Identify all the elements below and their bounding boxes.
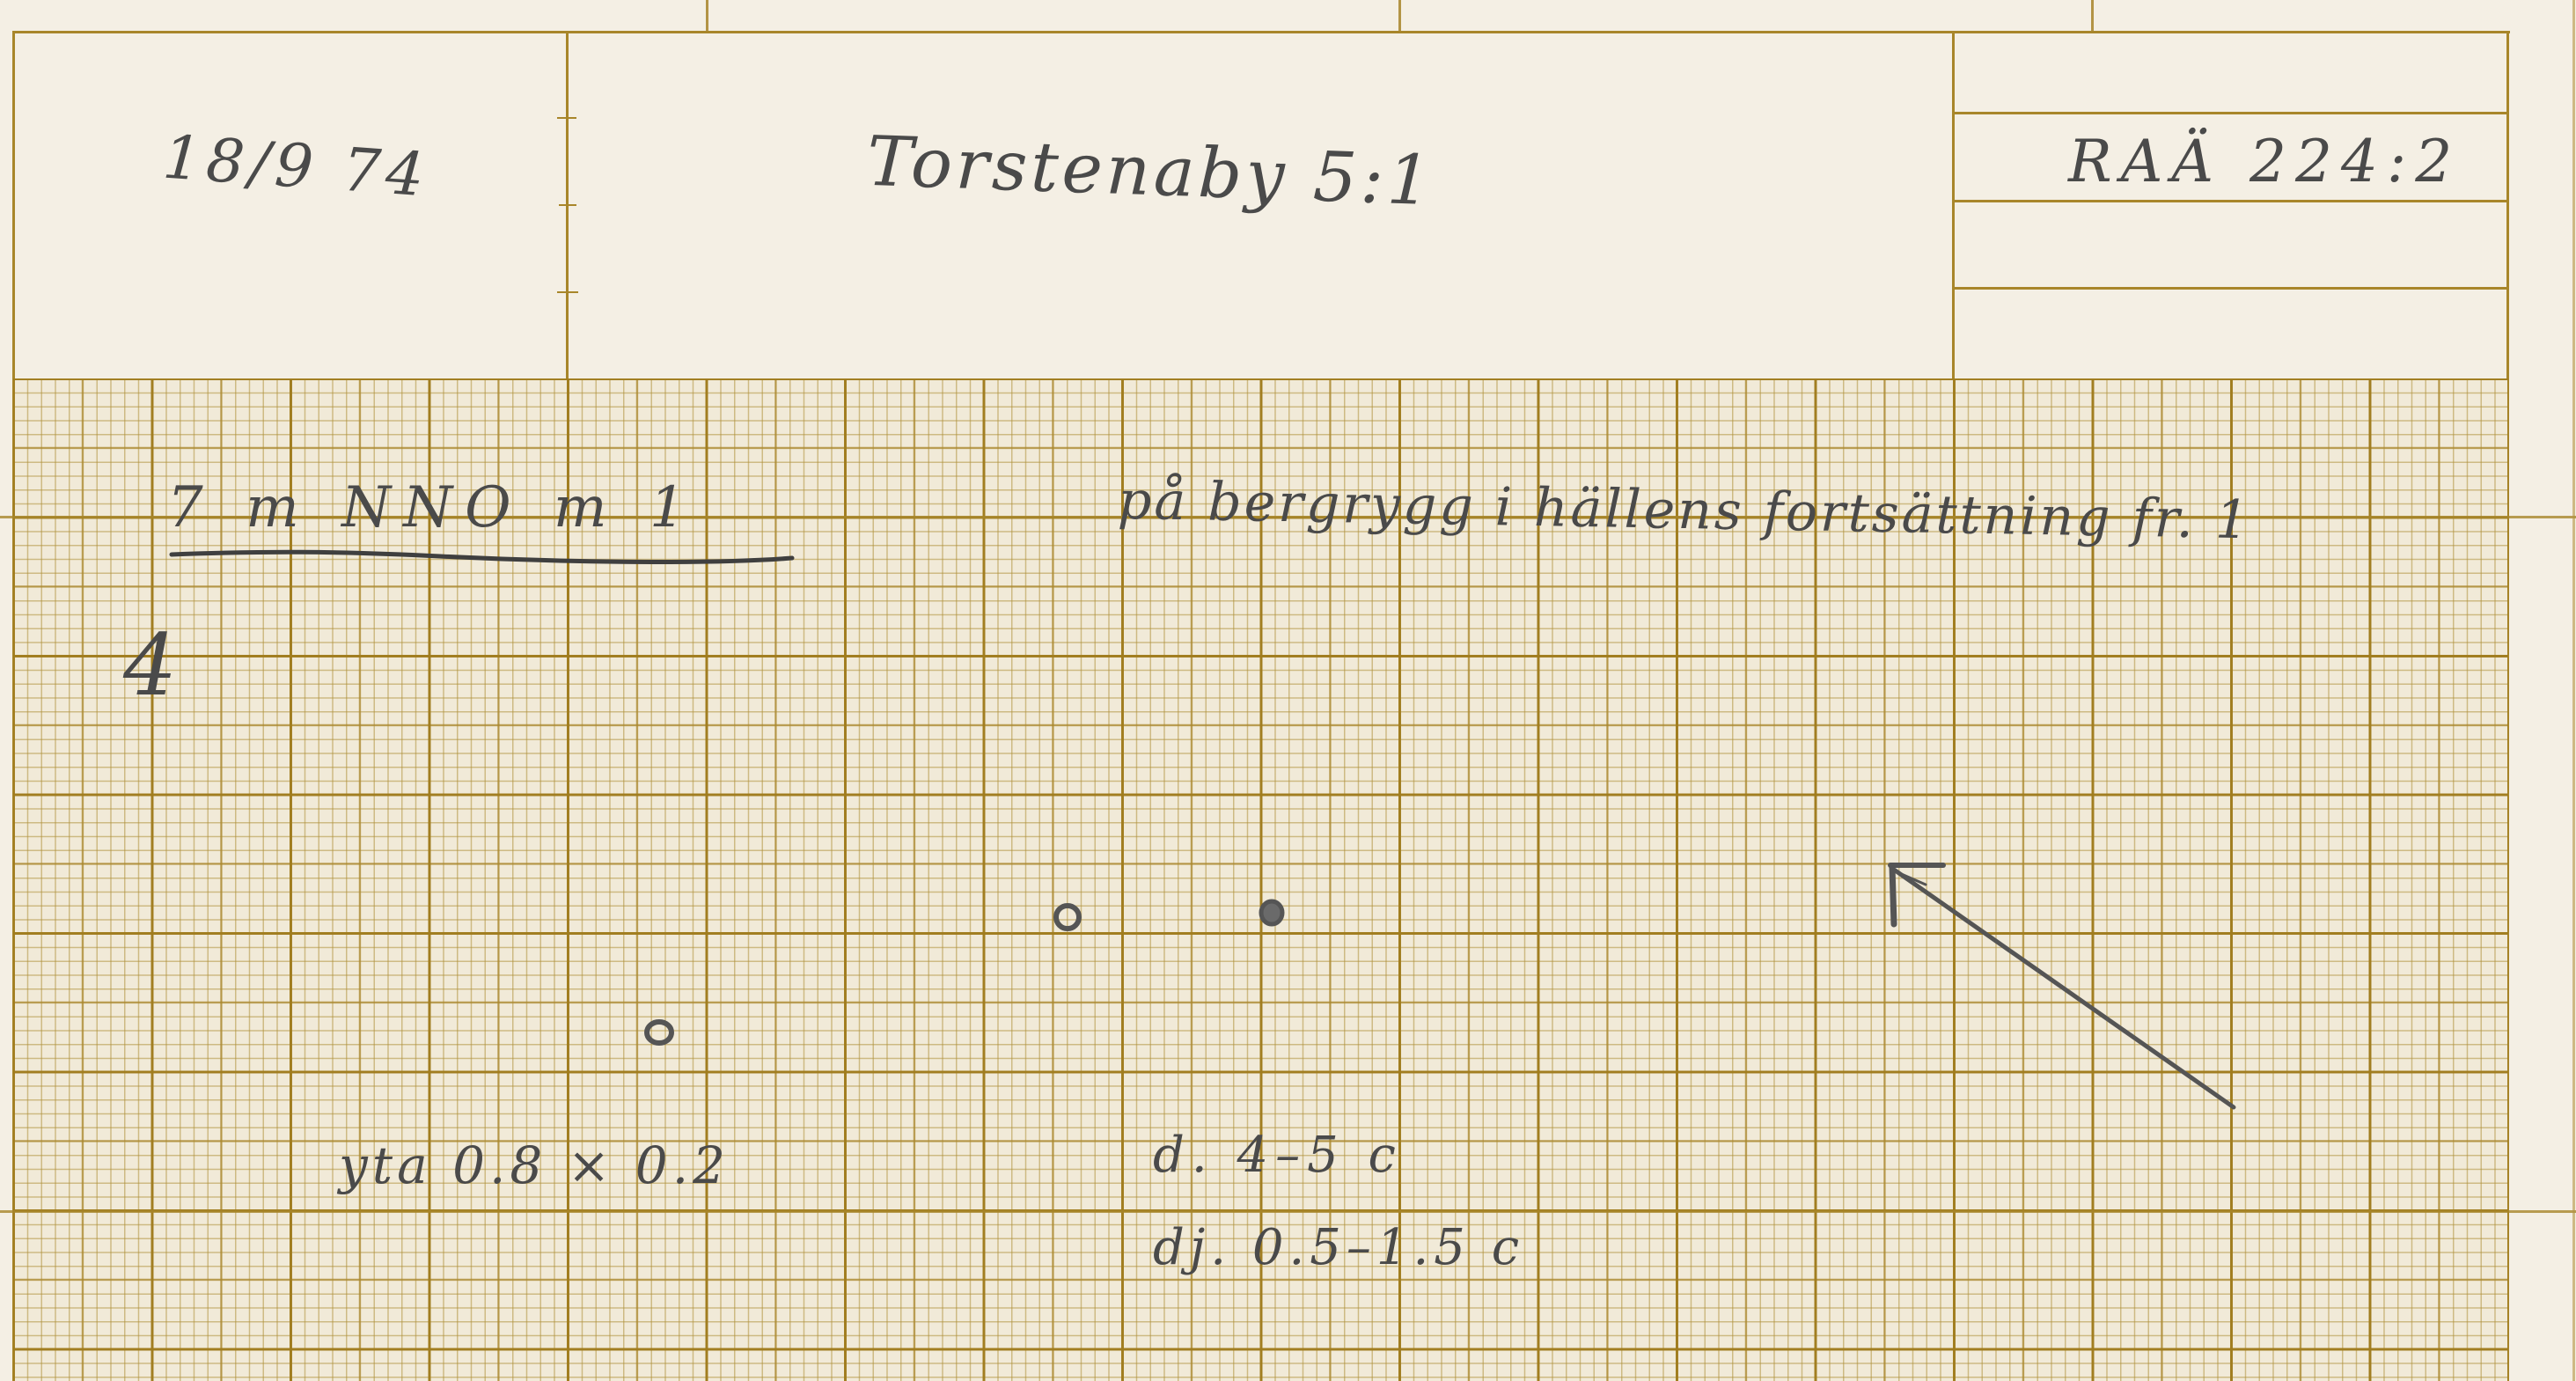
cup-mark (1056, 906, 1079, 929)
north-arrow-icon (1890, 865, 2234, 1107)
drawing-layer (0, 0, 2576, 1381)
location-underline (172, 552, 792, 562)
cup-mark (1261, 901, 1282, 924)
cup-mark (647, 1022, 672, 1043)
